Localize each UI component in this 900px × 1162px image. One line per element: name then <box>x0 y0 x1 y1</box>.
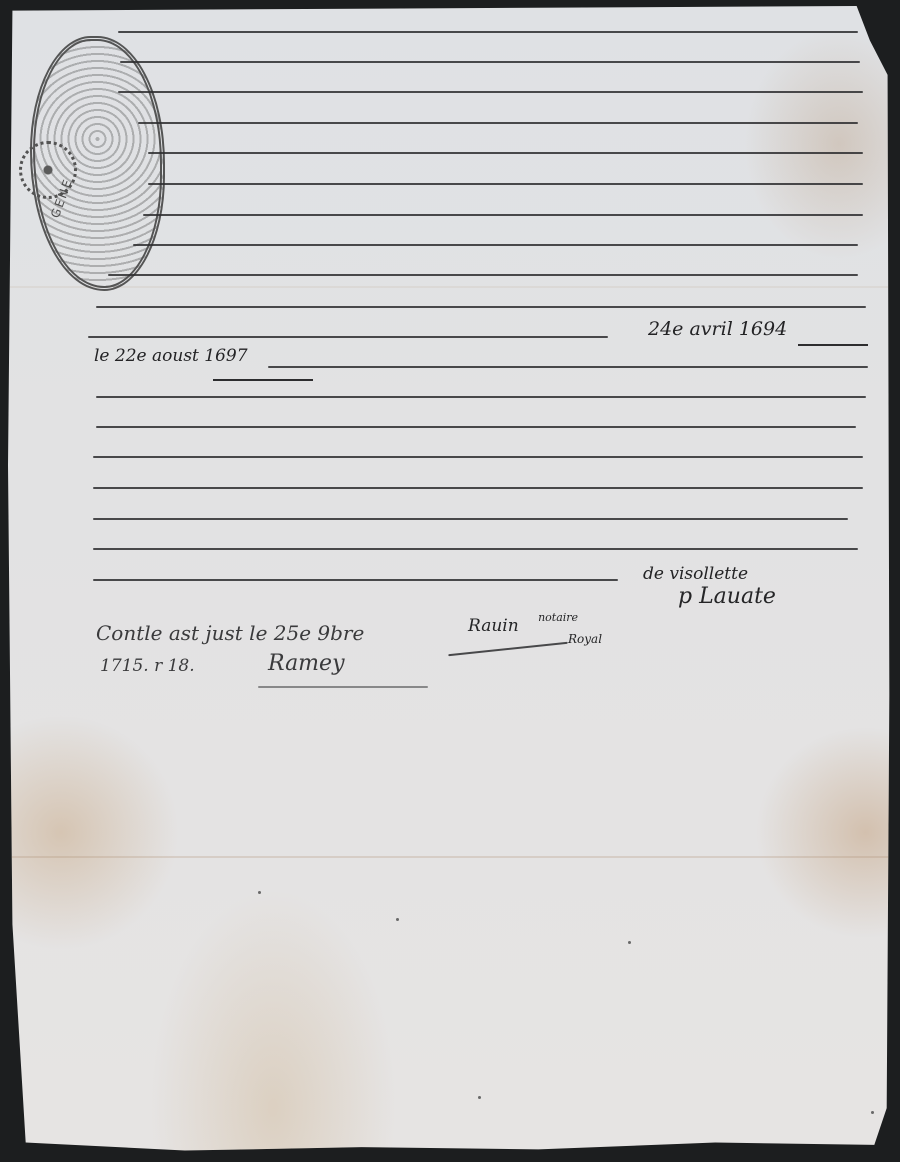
handwritten-line <box>108 274 858 276</box>
party-signature: p Lauate <box>678 584 776 609</box>
document-page: GENE 24e avril 1694 le 22e aoust 1697 <box>8 6 892 1154</box>
handwritten-line <box>88 336 608 338</box>
underline <box>213 379 313 381</box>
handwritten-line <box>96 426 856 428</box>
closing-fragment: de visollette <box>643 564 748 584</box>
handwritten-line <box>148 183 863 185</box>
handwritten-line <box>93 487 863 489</box>
handwritten-line <box>96 396 866 398</box>
ink-speck <box>871 1111 874 1114</box>
ink-speck <box>478 1096 481 1099</box>
ink-speck <box>396 918 399 921</box>
marginal-note-signature: Ramey <box>268 651 345 676</box>
stamp-seal: GENE <box>30 36 165 291</box>
handwritten-line <box>143 214 863 216</box>
handwritten-line <box>133 244 858 246</box>
signature-flourish <box>448 642 568 657</box>
handwritten-line <box>138 122 858 124</box>
handwritten-line <box>93 518 848 520</box>
handwritten-line <box>93 548 858 550</box>
marginal-note-line-1: Contle ast just le 25e 9bre <box>96 621 364 645</box>
date-fragment: le 22e aoust 1697 <box>94 346 248 366</box>
marginal-note-line-2: 1715. r 18. <box>100 656 195 676</box>
handwritten-line <box>118 31 858 33</box>
underline <box>798 344 868 346</box>
fold-crease <box>8 856 892 858</box>
handwritten-line <box>148 152 863 154</box>
handwritten-line <box>268 366 868 368</box>
handwritten-line <box>93 456 863 458</box>
handwritten-line <box>93 579 618 581</box>
ink-speck <box>258 891 261 894</box>
handwritten-line <box>120 61 860 63</box>
handwritten-line <box>118 91 863 93</box>
notary-title: Royal <box>568 632 602 646</box>
handwritten-line <box>96 306 866 308</box>
ink-speck <box>628 941 631 944</box>
signature-flourish <box>258 686 428 688</box>
notary-signature: Rauin notaire <box>468 616 564 636</box>
fold-crease <box>8 286 892 288</box>
date-fragment: 24e avril 1694 <box>648 318 787 340</box>
